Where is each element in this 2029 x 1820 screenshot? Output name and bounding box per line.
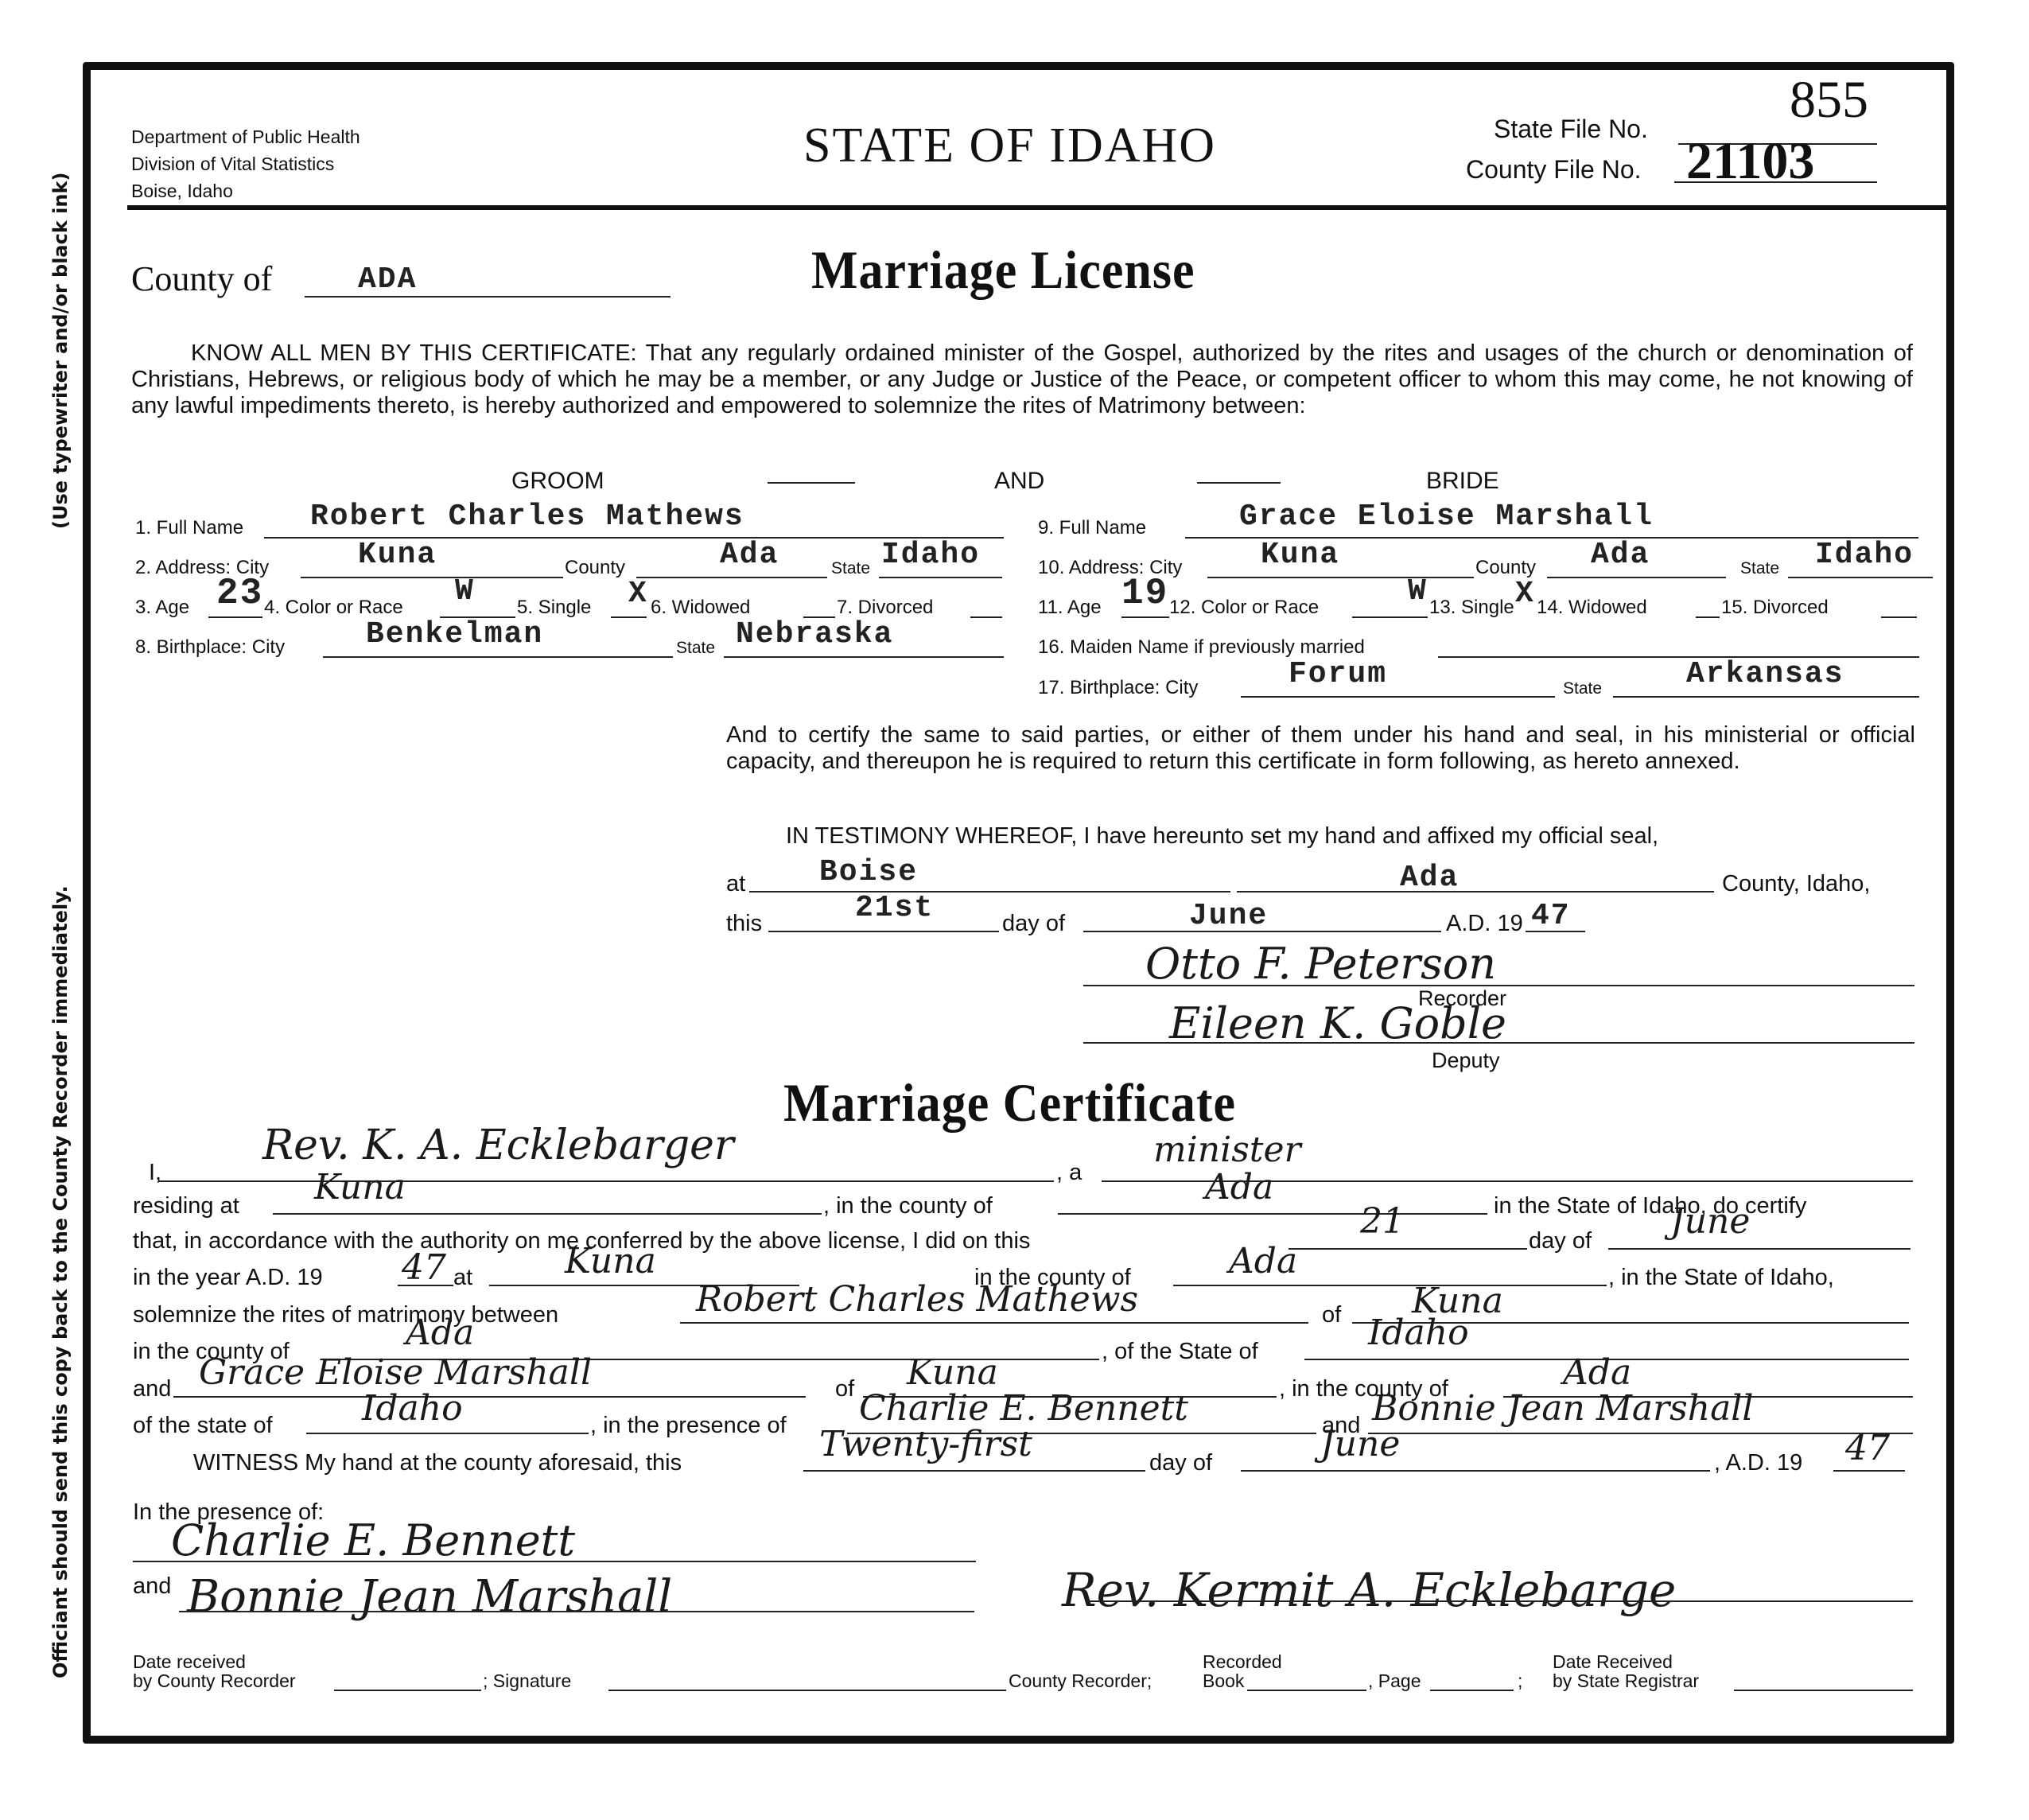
a-label: , a xyxy=(1056,1160,1082,1186)
state-title: STATE OF IDAHO xyxy=(803,118,1216,174)
at-county: Ada xyxy=(1400,861,1459,895)
at-county-line xyxy=(1237,891,1714,892)
border-left xyxy=(83,62,91,1744)
cert-groom-state: Idaho xyxy=(1368,1312,1469,1353)
groom-age: 23 xyxy=(216,573,263,614)
officiant-name: Rev. K. A. Ecklebarger xyxy=(262,1122,734,1169)
date-received-label-1: Date received xyxy=(133,1651,246,1673)
department-block: Department of Public Health Division of … xyxy=(131,123,360,204)
border-top xyxy=(86,62,1952,70)
intro-paragraph: KNOW ALL MEN BY THIS CERTIFICATE: That a… xyxy=(131,340,1913,419)
presence-label: , in the presence of xyxy=(590,1413,787,1439)
groom-full-name-label: 1. Full Name xyxy=(135,517,243,539)
sig-witness1-line xyxy=(133,1561,976,1562)
groom-state-label: State xyxy=(831,559,870,578)
groom-widowed-label: 6. Widowed xyxy=(651,597,750,619)
groom-state: Idaho xyxy=(881,538,980,572)
cert-bride-county: Ada xyxy=(1563,1352,1631,1393)
bride-heading: BRIDE xyxy=(1426,468,1499,495)
state-file-label: State File No. xyxy=(1494,115,1648,144)
place-county-line xyxy=(1173,1285,1607,1286)
of-label-2: of xyxy=(835,1376,854,1402)
county-file-number: 21103 xyxy=(1686,131,1814,192)
bride-county-line xyxy=(1547,577,1726,578)
footer-semicolon: ; xyxy=(1518,1670,1522,1692)
groom-city-line xyxy=(301,577,563,578)
county-recorder-label: County Recorder; xyxy=(1009,1670,1152,1692)
i-label: I, xyxy=(149,1160,161,1186)
certificate-title: Marriage Certificate xyxy=(783,1072,1236,1134)
deputy-line xyxy=(1083,1042,1914,1044)
groom-divorced-line xyxy=(970,616,1002,618)
bride-divorced-line xyxy=(1881,616,1917,618)
witness-month: June xyxy=(1320,1424,1400,1464)
groom-birthplace-city-label: 8. Birthplace: City xyxy=(135,636,285,659)
cert-year: 47 xyxy=(402,1247,446,1288)
bride-name-line xyxy=(173,1396,806,1398)
groom-single-line xyxy=(611,616,647,618)
groom-city: Kuna xyxy=(358,538,437,572)
groom-full-name: Robert Charles Mathews xyxy=(310,500,744,534)
bride-single-mark: X xyxy=(1515,577,1535,611)
signature-label: ; Signature xyxy=(483,1670,571,1692)
bride-birthplace-city-line xyxy=(1241,696,1555,698)
cert-day-of-label: day of xyxy=(1529,1228,1592,1254)
bride-birthplace-state-line xyxy=(1613,696,1919,698)
cert-bride-city: Kuna xyxy=(907,1352,998,1393)
county-file-label: County File No. xyxy=(1466,155,1642,185)
of-label: of xyxy=(1322,1302,1341,1328)
witness-line-label: WITNESS My hand at the county aforesaid,… xyxy=(193,1450,682,1476)
witness-year-line xyxy=(1833,1470,1905,1472)
state-date-label-2: by State Registrar xyxy=(1553,1670,1699,1692)
location-line: Boise, Idaho xyxy=(131,177,360,204)
groom-single-mark: X xyxy=(628,577,648,611)
residing-line xyxy=(273,1213,822,1215)
county-value: ADA xyxy=(358,262,417,297)
bride-widowed-label: 14. Widowed xyxy=(1537,597,1647,619)
groom-birthplace-state-line xyxy=(724,656,1004,658)
sig-witness2: Bonnie Jean Marshall xyxy=(187,1571,672,1623)
state-date-line xyxy=(1734,1690,1913,1691)
month-value: June xyxy=(1189,899,1268,933)
deputy-label: Deputy xyxy=(1432,1048,1500,1073)
residing-label: residing at xyxy=(133,1193,239,1219)
sig-officiant-line xyxy=(1086,1600,1913,1602)
groom-birthplace-city: Benkelman xyxy=(366,617,543,651)
cert-groom-name: Robert Charles Mathews xyxy=(696,1279,1138,1320)
and-label: and xyxy=(133,1376,171,1402)
state-idaho-label: , in the State of Idaho, xyxy=(1608,1265,1834,1291)
witness-month-line xyxy=(1241,1470,1710,1472)
of-state-label: , of the State of xyxy=(1102,1339,1258,1365)
license-title: Marriage License xyxy=(811,239,1195,301)
cert-day-line xyxy=(1289,1248,1527,1250)
groom-divorced-label: 7. Divorced xyxy=(837,597,933,619)
of-the-state-label: of the state of xyxy=(133,1413,273,1439)
at-label: at xyxy=(726,871,745,897)
witness-day-line xyxy=(803,1470,1145,1472)
bride-widowed-line xyxy=(1696,616,1720,618)
bride-county: Ada xyxy=(1591,538,1650,572)
groom-name-line xyxy=(680,1322,1308,1324)
cert-bride-state: Idaho xyxy=(362,1388,463,1429)
bride-birthplace-state-label: State xyxy=(1563,679,1602,698)
this-label: this xyxy=(726,911,762,937)
groom-single-label: 5. Single xyxy=(517,597,591,619)
groom-heading: GROOM xyxy=(511,468,604,495)
bride-state: Idaho xyxy=(1815,538,1914,572)
day-of-label: day of xyxy=(1002,911,1065,937)
bride-full-name-label: 9. Full Name xyxy=(1038,517,1146,539)
heading-dash-left xyxy=(768,482,855,484)
at-city-line xyxy=(749,891,1230,892)
department-line: Department of Public Health xyxy=(131,123,360,150)
state-file-number: 855 xyxy=(1790,70,1868,130)
cert-bride-name: Grace Eloise Marshall xyxy=(199,1352,592,1393)
bride-city: Kuna xyxy=(1261,538,1339,572)
groom-race: W xyxy=(455,574,475,609)
bride-maiden-label: 16. Maiden Name if previously married xyxy=(1038,636,1365,659)
recorded-label: Recorded xyxy=(1203,1651,1282,1673)
bride-county-label: County xyxy=(1475,557,1536,579)
year-label: in the year A.D. 19 xyxy=(133,1265,323,1291)
day-value: 21st xyxy=(855,891,934,925)
witness-year: 47 xyxy=(1845,1428,1890,1468)
page-label: , Page xyxy=(1368,1670,1421,1692)
bride-state-label: State xyxy=(1740,559,1779,578)
at-city: Boise xyxy=(819,855,918,889)
groom-race-label: 4. Color or Race xyxy=(264,597,403,619)
division-line: Division of Vital Statistics xyxy=(131,150,360,177)
bride-age-label: 11. Age xyxy=(1038,597,1102,619)
cert-day: 21 xyxy=(1360,1201,1405,1242)
sig-witness2-line xyxy=(179,1611,974,1612)
witness2-line xyxy=(1368,1433,1913,1434)
side-note-ink: (Use typewriter and/or black ink) xyxy=(49,173,72,529)
book-line xyxy=(1247,1690,1366,1691)
border-right xyxy=(1946,62,1954,1744)
page-line xyxy=(1430,1690,1514,1691)
signature-line xyxy=(608,1690,1006,1691)
in-county-label: , in the county of xyxy=(823,1193,993,1219)
border-bottom xyxy=(86,1736,1952,1744)
state-date-label-1: Date Received xyxy=(1553,1651,1673,1673)
cert-groom-county: Ada xyxy=(406,1312,474,1353)
day-line xyxy=(768,931,999,932)
witness-day: Twenty-first xyxy=(819,1424,1032,1464)
date-received-line xyxy=(334,1690,481,1691)
witness-ad-label: , A.D. 19 xyxy=(1714,1450,1802,1476)
bride-race-label: 12. Color or Race xyxy=(1169,597,1319,619)
bride-birthplace-city-label: 17. Birthplace: City xyxy=(1038,677,1198,699)
bride-single-label: 13. Single xyxy=(1429,597,1514,619)
cert-month: June xyxy=(1670,1201,1750,1242)
ad-label: A.D. 19 xyxy=(1446,911,1523,937)
cert-witness1: Charlie E. Bennett xyxy=(859,1388,1188,1429)
bride-city-line xyxy=(1207,577,1474,578)
book-label: Book xyxy=(1203,1670,1244,1692)
sig-officiant: Rev. Kermit A. Ecklebarge xyxy=(1062,1563,1676,1617)
groom-county-label: County xyxy=(565,557,625,579)
residing-county: Ada xyxy=(1205,1167,1273,1207)
header-divider xyxy=(127,205,1949,210)
witness-day-of-label: day of xyxy=(1149,1450,1212,1476)
bride-birthplace-state: Arkansas xyxy=(1686,657,1844,691)
groom-birthplace-city-line xyxy=(323,656,673,658)
heading-dash-right xyxy=(1197,482,1281,484)
groom-age-label: 3. Age xyxy=(135,597,189,619)
groom-birthplace-state: Nebraska xyxy=(736,617,893,651)
bride-age-line xyxy=(1121,616,1169,618)
groom-birthplace-state-label: State xyxy=(676,639,715,658)
bride-birthplace-city: Forum xyxy=(1289,657,1387,691)
groom-county: Ada xyxy=(720,538,779,572)
bride-maiden-line xyxy=(1438,656,1919,658)
recorder-signature: Otto F. Peterson xyxy=(1145,939,1496,989)
cert-month-line xyxy=(1608,1248,1910,1250)
solemnize-label: solemnize the rites of matrimony between xyxy=(133,1302,558,1328)
date-received-label-2: by County Recorder xyxy=(133,1670,296,1692)
and-heading: AND xyxy=(994,468,1044,495)
place-county: Ada xyxy=(1229,1241,1297,1281)
state-certify-label: in the State of Idaho, do certify xyxy=(1494,1193,1806,1219)
bride-race: W xyxy=(1408,574,1428,609)
bride-divorced-label: 15. Divorced xyxy=(1721,597,1829,619)
groom-state-line xyxy=(879,577,1002,578)
county-idaho-label: County, Idaho, xyxy=(1722,871,1870,897)
bride-race-line xyxy=(1352,616,1428,618)
bride-state-line xyxy=(1788,577,1933,578)
residing-county-line xyxy=(1058,1213,1487,1215)
residing-city: Kuna xyxy=(314,1167,406,1207)
testimony-line: IN TESTIMONY WHEREOF, I have hereunto se… xyxy=(786,823,1658,850)
county-label: County of xyxy=(131,259,272,299)
place: Kuna xyxy=(565,1241,656,1281)
bride-state-cert-line xyxy=(306,1433,589,1434)
certify-paragraph: And to certify the same to said parties,… xyxy=(726,722,1915,775)
cert-witness2: Bonnie Jean Marshall xyxy=(1372,1388,1753,1429)
side-note-officiant: Officiant should send this copy back to … xyxy=(49,885,72,1678)
officiant-title: minister xyxy=(1153,1130,1301,1170)
sig-witness1: Charlie E. Bennett xyxy=(171,1515,575,1565)
bride-full-name: Grace Eloise Marshall xyxy=(1239,500,1654,534)
deputy-signature: Eileen K. Goble xyxy=(1169,998,1506,1048)
groom-age-line xyxy=(208,616,262,618)
sig-and-label: and xyxy=(133,1573,171,1600)
year-value: 47 xyxy=(1531,899,1571,933)
groom-county-line xyxy=(636,577,827,578)
bride-age: 19 xyxy=(1121,573,1168,614)
at-label-cert: at xyxy=(453,1265,472,1291)
officiant-line xyxy=(159,1180,1054,1182)
